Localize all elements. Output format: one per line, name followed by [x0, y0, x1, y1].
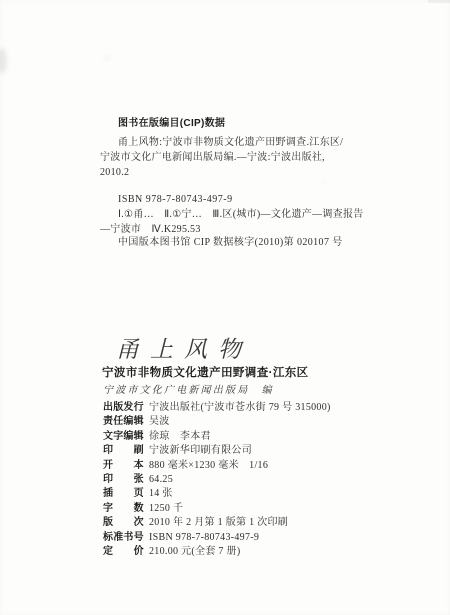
cip-record-number-line: 中国版本图书馆 CIP 数据核字(2010)第 020107 号 [100, 233, 420, 248]
scan-smudge [104, 56, 110, 60]
series-title: 宁波市非物质文化遗产田野调查·江东区 [102, 364, 309, 380]
colophon-row-edition: 版 次 2010 年 2 月第 1 版第 1 次印刷 [103, 513, 433, 527]
colophon-row-label: 文字编辑 [103, 427, 145, 442]
scan-edge-artifact [428, 0, 450, 3]
colophon-row-label: 标准书号 [103, 528, 145, 543]
colophon-row-value: 宁波新华印刷有限公司 [149, 441, 252, 456]
colophon-row-value: 210.00 元(全套 7 册) [149, 542, 240, 557]
scan-smudge [0, 48, 7, 74]
colophon-rows: 出版发行 宁波出版社(宁波市苍水街 79 号 315000) 责任编辑 吴波 文… [103, 398, 433, 556]
colophon-row-price: 定 价 210.00 元(全套 7 册) [103, 542, 433, 556]
colophon-row-format: 开 本 880 毫米×1230 毫米 1/16 [103, 456, 433, 470]
calligraphy-book-title: 甬上风物 [116, 331, 252, 364]
cip-entry-line: 宁波市文化广电新闻出版局编.—宁波:宁波出版社, [100, 150, 400, 165]
colophon-row-text-editors: 文字编辑 徐琼 李本君 [103, 427, 433, 441]
colophon-row-value: 880 毫米×1230 毫米 1/16 [149, 456, 268, 471]
colophon-row-printer: 印 刷 宁波新华印刷有限公司 [103, 441, 433, 455]
compiler-line: 宁波市文化广电新闻出版局 编 [103, 381, 274, 396]
colophon-row-value: 徐琼 李本君 [149, 427, 211, 442]
colophon-row-label: 版 次 [103, 513, 145, 528]
colophon-row-isbn: 标准书号 ISBN 978-7-80743-497-9 [103, 528, 433, 542]
colophon-row-label: 字 数 [103, 499, 145, 514]
colophon-row-label: 开 本 [103, 456, 145, 471]
cip-heading: 图书在版编目(CIP)数据 [100, 116, 400, 131]
colophon-row-value: 1250 千 [149, 499, 183, 514]
colophon-row-value: 2010 年 2 月第 1 版第 1 次印刷 [149, 513, 288, 528]
colophon-row-label: 印 刷 [103, 441, 145, 456]
cip-entry-line: 2010.2 [100, 165, 400, 180]
cip-data-block: 图书在版编目(CIP)数据 甬上风物:宁波市非物质文化遗产田野调查.江东区/ 宁… [100, 116, 400, 237]
colophon-row-value: 吴波 [149, 412, 170, 427]
colophon-row-value: 64.25 [149, 474, 173, 485]
colophon-row-value: 宁波出版社(宁波市苍水街 79 号 315000) [149, 398, 331, 413]
cip-classification-line: Ⅰ.①甬… Ⅱ.①宁… Ⅲ.区(城市)—文化遗产—调查报告 [100, 207, 400, 222]
colophon-row-value: ISBN 978-7-80743-497-9 [149, 532, 259, 543]
colophon-row-label: 印 张 [103, 470, 145, 485]
colophon-row-inserts: 插 页 14 张 [103, 484, 433, 498]
copyright-page: 图书在版编目(CIP)数据 甬上风物:宁波市非物质文化遗产田野调查.江东区/ 宁… [0, 0, 450, 615]
cip-isbn-line: ISBN 978-7-80743-497-9 [100, 192, 400, 207]
colophon-row-label: 定 价 [103, 542, 145, 557]
colophon-row-editor: 责任编辑 吴波 [103, 412, 433, 426]
colophon-row-label: 插 页 [103, 484, 145, 499]
colophon-row-publisher: 出版发行 宁波出版社(宁波市苍水街 79 号 315000) [103, 398, 433, 412]
colophon-row-label: 出版发行 [103, 398, 145, 413]
colophon-row-word-count: 字 数 1250 千 [103, 499, 433, 513]
colophon-row-value: 14 张 [149, 484, 173, 499]
colophon-row-sheets: 印 张 64.25 [103, 470, 433, 484]
cip-entry-line: 甬上风物:宁波市非物质文化遗产田野调查.江东区/ [100, 135, 400, 150]
colophon-row-label: 责任编辑 [103, 412, 145, 427]
